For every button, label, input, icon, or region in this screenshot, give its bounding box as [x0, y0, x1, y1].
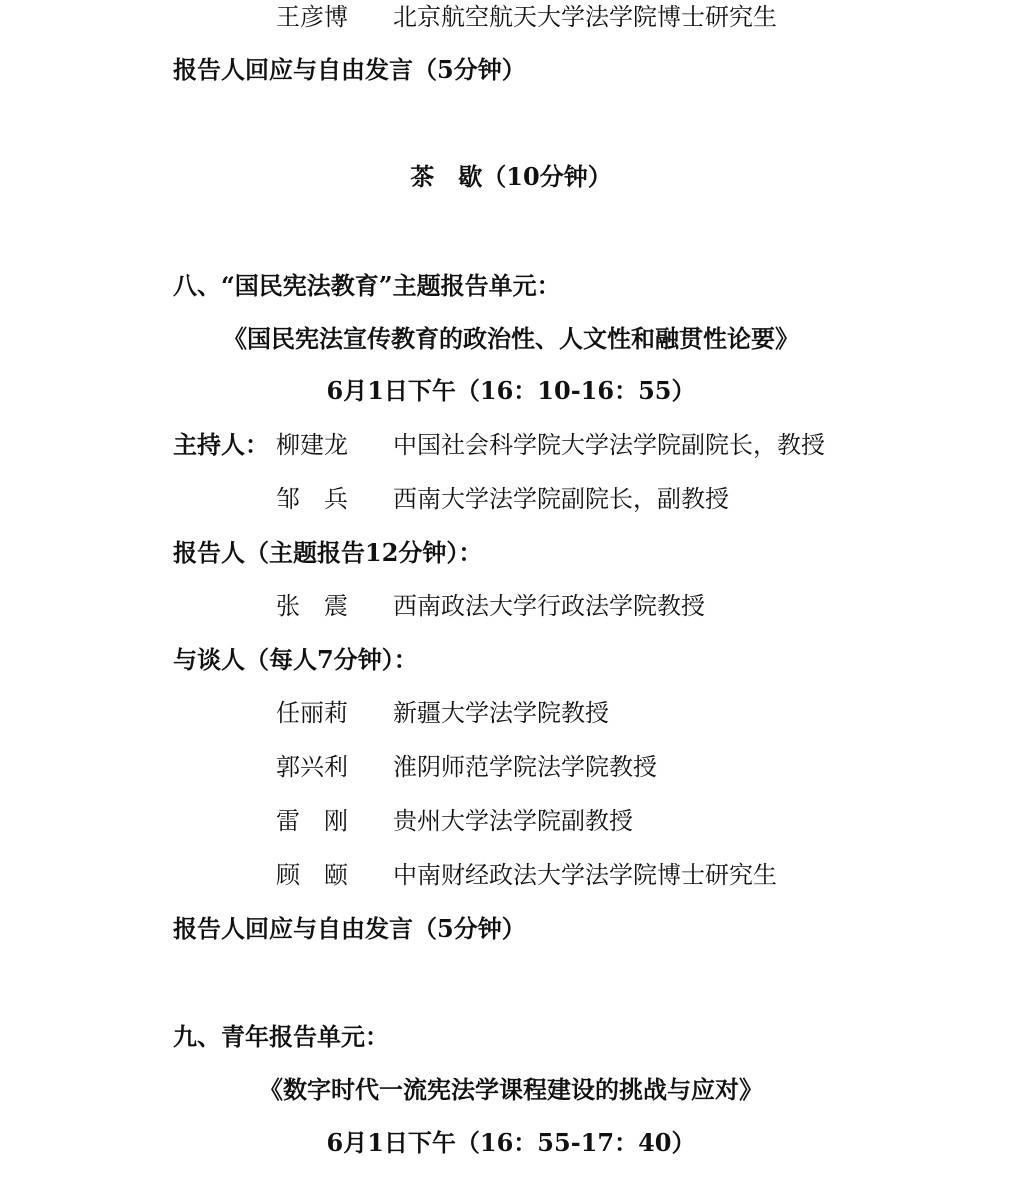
person-name: 柳建龙	[276, 430, 348, 460]
person-name: 郭兴利	[276, 752, 348, 782]
section-heading: 九、青年报告单元：	[173, 1022, 389, 1052]
person-name: 邹 兵	[276, 484, 348, 514]
tea-break: 茶 歇（10分钟）	[0, 162, 1022, 192]
hosts-label: 主持人：	[173, 430, 269, 460]
person-affiliation: 新疆大学法学院教授	[393, 698, 609, 728]
discussants-label: 与谈人（每人7分钟）：	[173, 645, 418, 675]
person-affiliation: 西南政法大学行政法学院教授	[393, 591, 705, 621]
person-affiliation: 西南大学法学院副院长，副教授	[393, 484, 729, 514]
person-name: 任丽莉	[276, 698, 348, 728]
person-affiliation: 淮阴师范学院法学院教授	[393, 752, 657, 782]
person-name: 王彦博	[276, 2, 348, 32]
person-name: 张 震	[276, 591, 348, 621]
person-affiliation: 贵州大学法学院副教授	[393, 806, 633, 836]
section-heading: 八、“国民宪法教育”主题报告单元：	[173, 271, 561, 301]
person-name: 顾 颐	[276, 860, 348, 890]
reporters-label: 报告人（主题报告12分钟）：	[173, 538, 482, 568]
person-name: 雷 刚	[276, 806, 348, 836]
response-line: 报告人回应与自由发言（5分钟）	[173, 55, 526, 85]
report-title: 《数字时代一流宪法学课程建设的挑战与应对》	[0, 1075, 1022, 1105]
person-affiliation: 中国社会科学院大学法学院副院长，教授	[393, 430, 825, 460]
session-time: 6月1日下午（16：10-16：55）	[0, 376, 1022, 406]
session-time: 6月1日下午（16：55-17：40）	[0, 1128, 1022, 1158]
report-title: 《国民宪法宣传教育的政治性、人文性和融贯性论要》	[0, 324, 1022, 354]
person-affiliation: 北京航空航天大学法学院博士研究生	[393, 2, 777, 32]
response-line: 报告人回应与自由发言（5分钟）	[173, 914, 526, 944]
person-affiliation: 中南财经政法大学法学院博士研究生	[393, 860, 777, 890]
